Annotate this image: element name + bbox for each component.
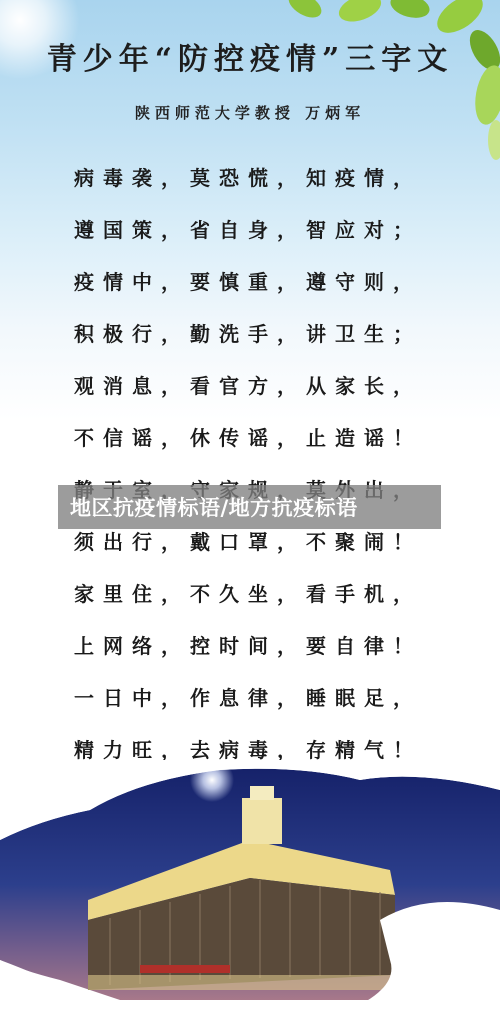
verse-line: 须出行，戴口罩，不聚闹！ xyxy=(74,526,444,578)
caption-banner: 地区抗疫情标语/地方抗疫标语 xyxy=(58,485,441,529)
verse-line: 病毒袭，莫恐慌，知疫情， xyxy=(74,162,444,214)
verse-line: 观消息，看官方，从家长， xyxy=(74,370,444,422)
verse-list: 病毒袭，莫恐慌，知疫情， 遵国策，省自身，智应对； 疫情中，要慎重，遵守则， 积… xyxy=(74,162,444,786)
night-building-scene xyxy=(0,760,500,1014)
poster-title: 青少年“防控疫情”三字文 xyxy=(0,34,500,78)
verse-line: 一日中，作息律，睡眠足， xyxy=(74,682,444,734)
verse-line: 家里住，不久坐，看手机， xyxy=(74,578,444,630)
leaves-decoration xyxy=(270,0,500,160)
verse-line: 遵国策，省自身，智应对； xyxy=(74,214,444,266)
verse-line: 积极行，勤洗手，讲卫生； xyxy=(74,318,444,370)
poster-author: 陕西师范大学教授 万炳军 xyxy=(0,102,500,123)
verse-line: 上网络，控时间，要自律！ xyxy=(74,630,444,682)
verse-line: 疫情中，要慎重，遵守则， xyxy=(74,266,444,318)
caption-text: 地区抗疫情标语/地方抗疫标语 xyxy=(70,492,358,522)
verse-line: 不信谣，休传谣，止造谣！ xyxy=(74,422,444,474)
